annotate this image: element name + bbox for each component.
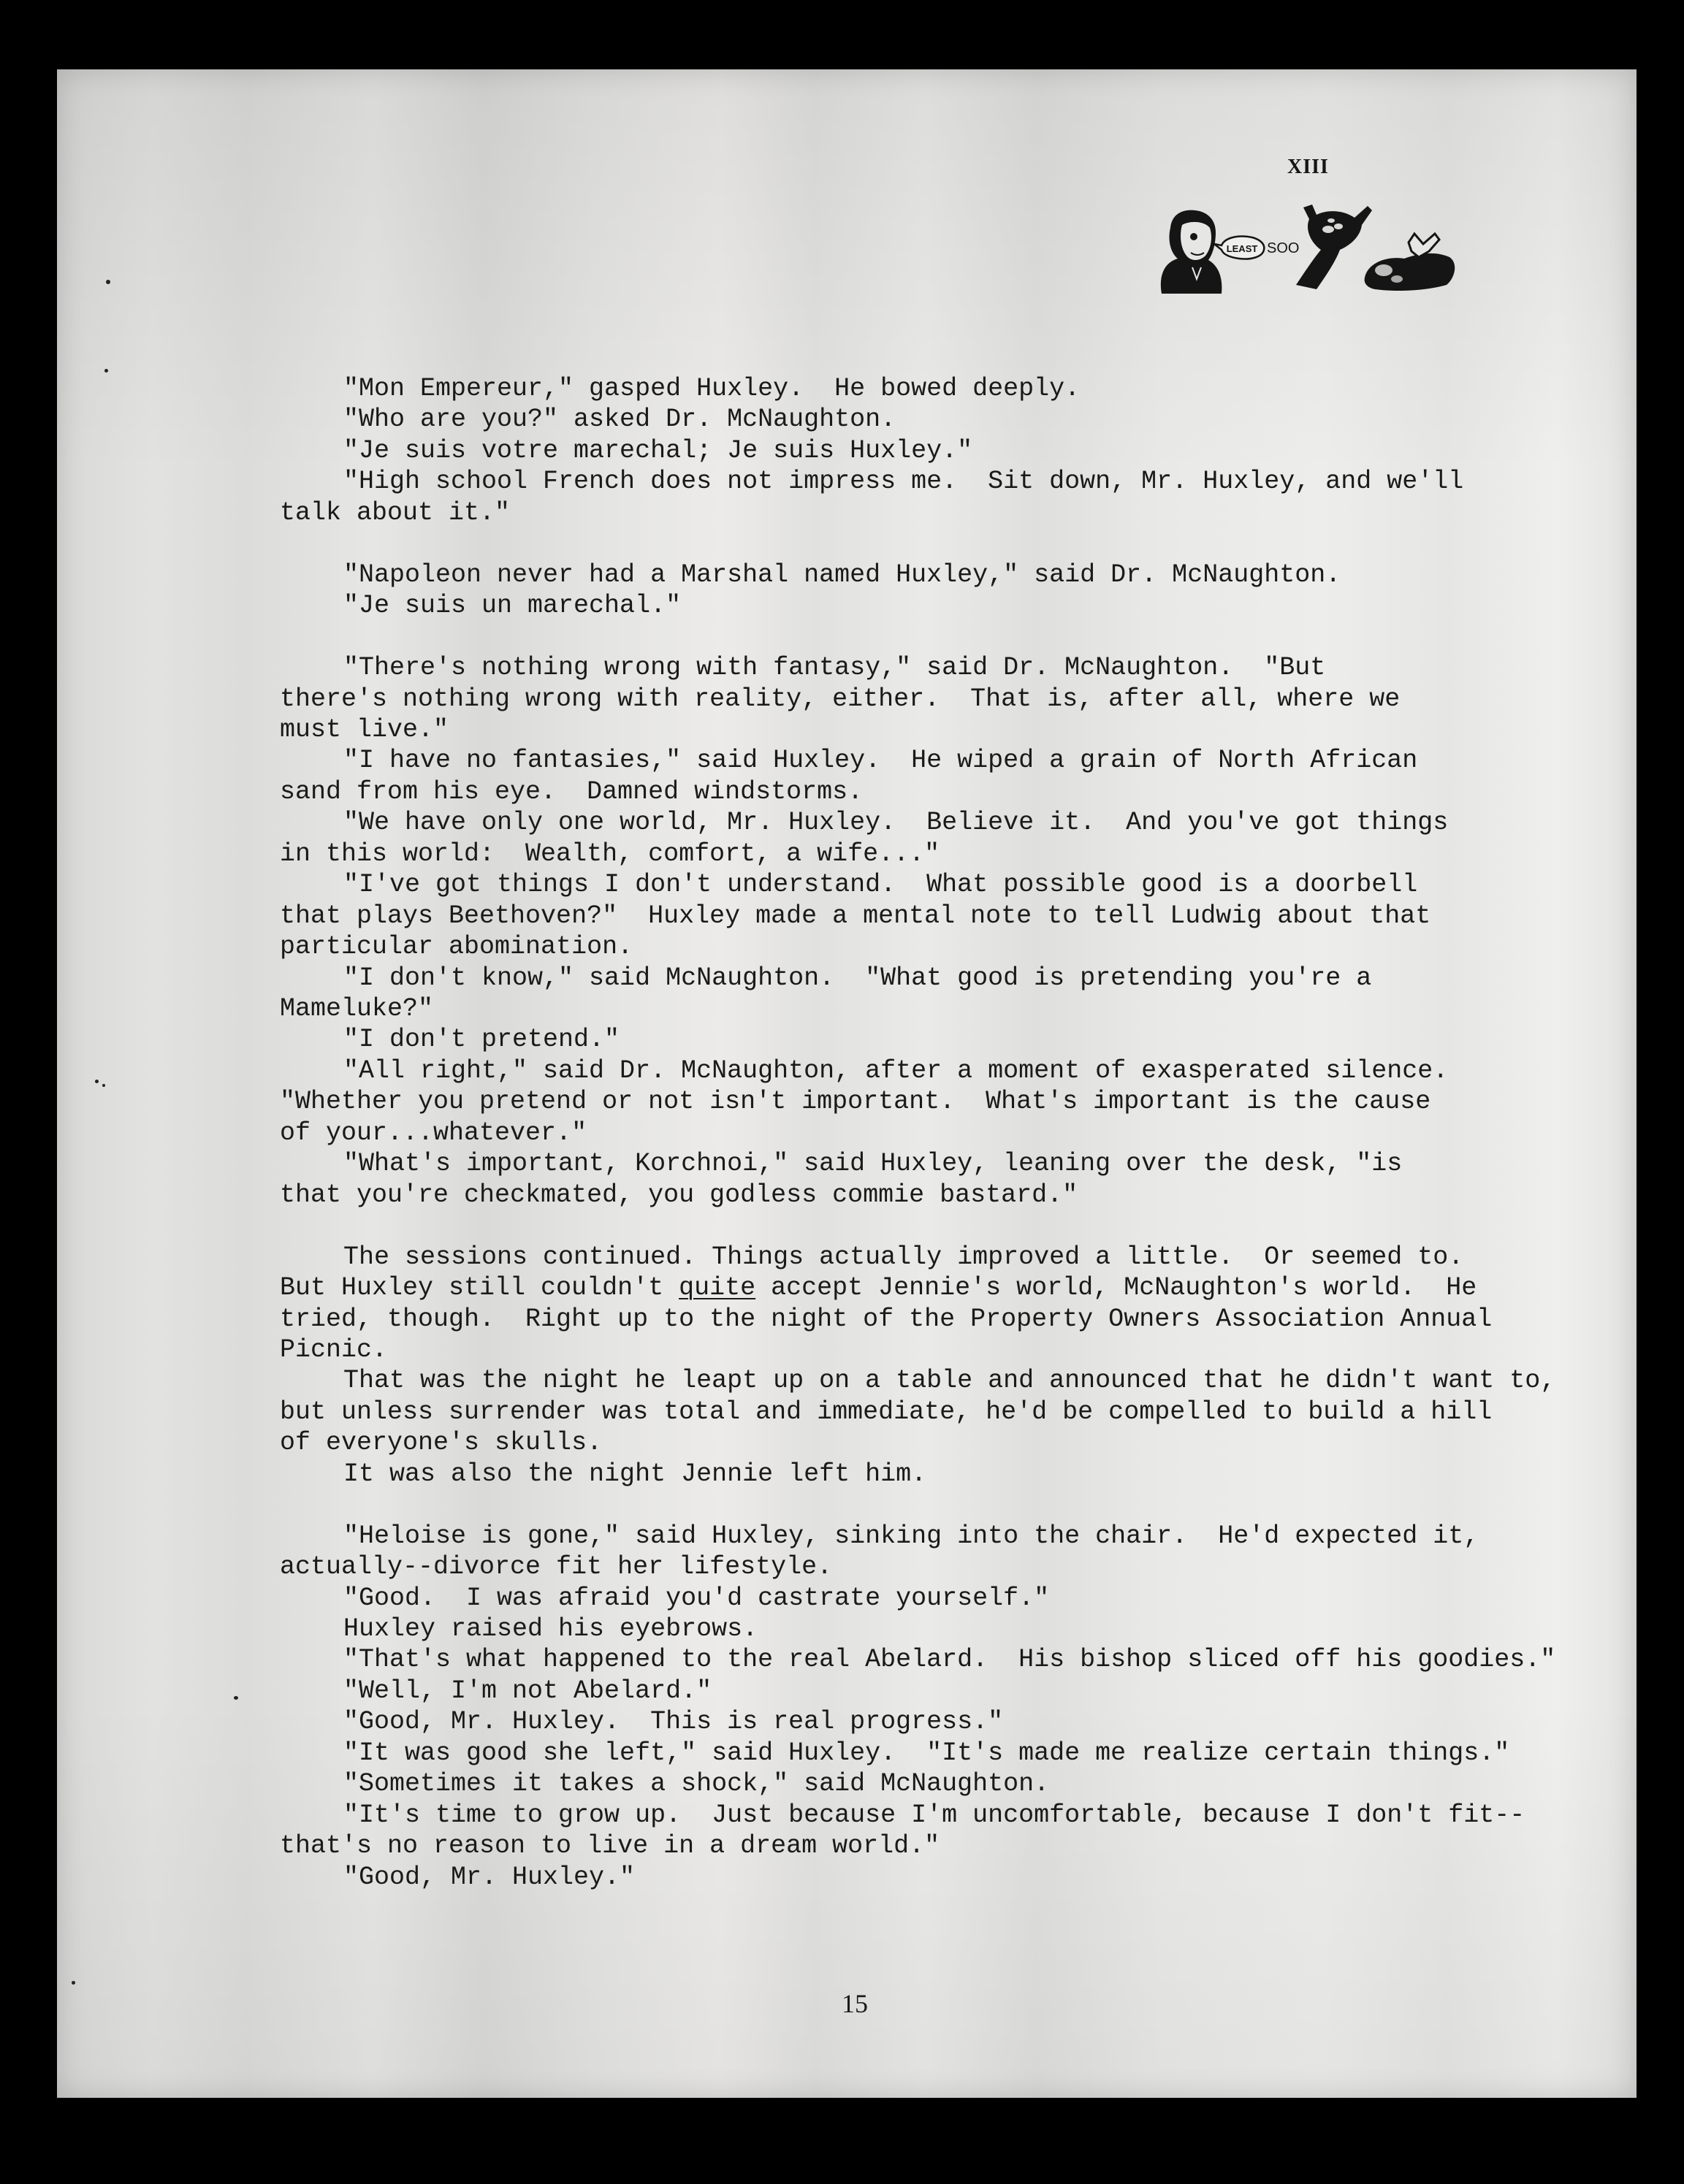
text-line: of everyone's skulls. [280, 1427, 602, 1458]
text-line: "Who are you?" asked Dr. McNaughton. [343, 404, 896, 435]
scan-speck [102, 1084, 105, 1087]
text-line: of your...whatever." [280, 1118, 587, 1148]
text-line: must live." [280, 714, 449, 745]
text-segment: accept Jennie's world, McNaughton's worl… [755, 1273, 1477, 1302]
text-line: tried, though. Right up to the night of … [280, 1304, 1492, 1335]
text-line: in this world: Wealth, comfort, a wife..… [280, 839, 940, 869]
bird-nest-icon [1296, 205, 1372, 289]
scan-speck [234, 1696, 238, 1700]
text-line: "Good, Mr. Huxley. This is real progress… [343, 1706, 1003, 1737]
text-line: It was also the night Jennie left him. [343, 1459, 926, 1489]
scan-speck [104, 369, 108, 373]
text-line: "I don't know," said McNaughton. "What g… [343, 963, 1371, 993]
speech-balloon: LEAST [1214, 237, 1264, 259]
text-line: "What's important, Korchnoi," said Huxle… [343, 1148, 1402, 1179]
soo-text: SOO [1267, 240, 1299, 256]
scan-speck [106, 280, 110, 284]
scan-speck [72, 1981, 75, 1985]
text-line: there's nothing wrong with reality, eith… [280, 684, 1400, 714]
text-line: "High school French does not impress me.… [343, 466, 1463, 497]
text-line: "Mon Empereur," gasped Huxley. He bowed … [343, 373, 1080, 404]
text-line: "We have only one world, Mr. Huxley. Bel… [343, 807, 1448, 838]
text-line: "Well, I'm not Abelard." [343, 1676, 712, 1706]
text-line: "Sometimes it takes a shock," said McNau… [343, 1768, 1049, 1799]
text-line: that plays Beethoven?" Huxley made a men… [280, 901, 1430, 931]
text-line: "All right," said Dr. McNaughton, after … [343, 1055, 1448, 1086]
man-portrait-icon [1161, 210, 1222, 294]
text-line: talk about it." [280, 497, 510, 528]
text-line: "Napoleon never had a Marshal named Huxl… [343, 560, 1341, 590]
text-line: "Good, Mr. Huxley." [343, 1862, 635, 1893]
text-segment: But Huxley still couldn't [280, 1273, 679, 1302]
text-line: Mameluke?" [280, 993, 433, 1024]
text-line: "Je suis votre marechal; Je suis Huxley.… [343, 435, 972, 466]
scan-speck [95, 1080, 99, 1083]
text-line: "Good. I was afraid you'd castrate yours… [343, 1583, 1049, 1614]
chapter-illustration: LEAST SOO [1148, 191, 1463, 301]
text-line: "Je suis un marechal." [343, 590, 681, 621]
text-line: "It's time to grow up. Just because I'm … [343, 1800, 1525, 1830]
text-line: actually--divorce fit her lifestyle. [280, 1551, 832, 1582]
text-line: "There's nothing wrong with fantasy," sa… [343, 652, 1325, 683]
text-line: Huxley raised his eyebrows. [343, 1614, 758, 1644]
page-number: 15 [842, 1988, 868, 2019]
text-line: "Heloise is gone," said Huxley, sinking … [343, 1521, 1479, 1551]
chapter-number: XIII [1287, 156, 1329, 179]
text-line: "It was good she left," said Huxley. "It… [343, 1738, 1509, 1768]
text-line: "I have no fantasies," said Huxley. He w… [343, 745, 1417, 776]
text-line: that's no reason to live in a dream worl… [280, 1830, 940, 1861]
text-line: "I don't pretend." [343, 1024, 620, 1055]
text-line: "I've got things I don't understand. Wha… [343, 869, 1417, 900]
text-line: That was the night he leapt up on a tabl… [343, 1365, 1555, 1396]
underlined-word: quite [679, 1273, 755, 1302]
text-line: but unless surrender was total and immed… [280, 1397, 1492, 1427]
text-line: particular abomination. [280, 931, 633, 962]
text-line: "That's what happened to the real Abelar… [343, 1644, 1555, 1675]
svg-text:LEAST: LEAST [1227, 243, 1258, 254]
text-line: that you're checkmated, you godless comm… [280, 1180, 1078, 1210]
text-line: The sessions continued. Things actually … [343, 1242, 1463, 1272]
text-line: But Huxley still couldn't quite accept J… [280, 1272, 1477, 1303]
text-line: "Whether you pretend or not isn't import… [280, 1086, 1430, 1117]
nest-with-eggs-icon [1365, 234, 1455, 291]
text-line: sand from his eye. Damned windstorms. [280, 776, 863, 807]
text-line: Picnic. [280, 1335, 387, 1365]
